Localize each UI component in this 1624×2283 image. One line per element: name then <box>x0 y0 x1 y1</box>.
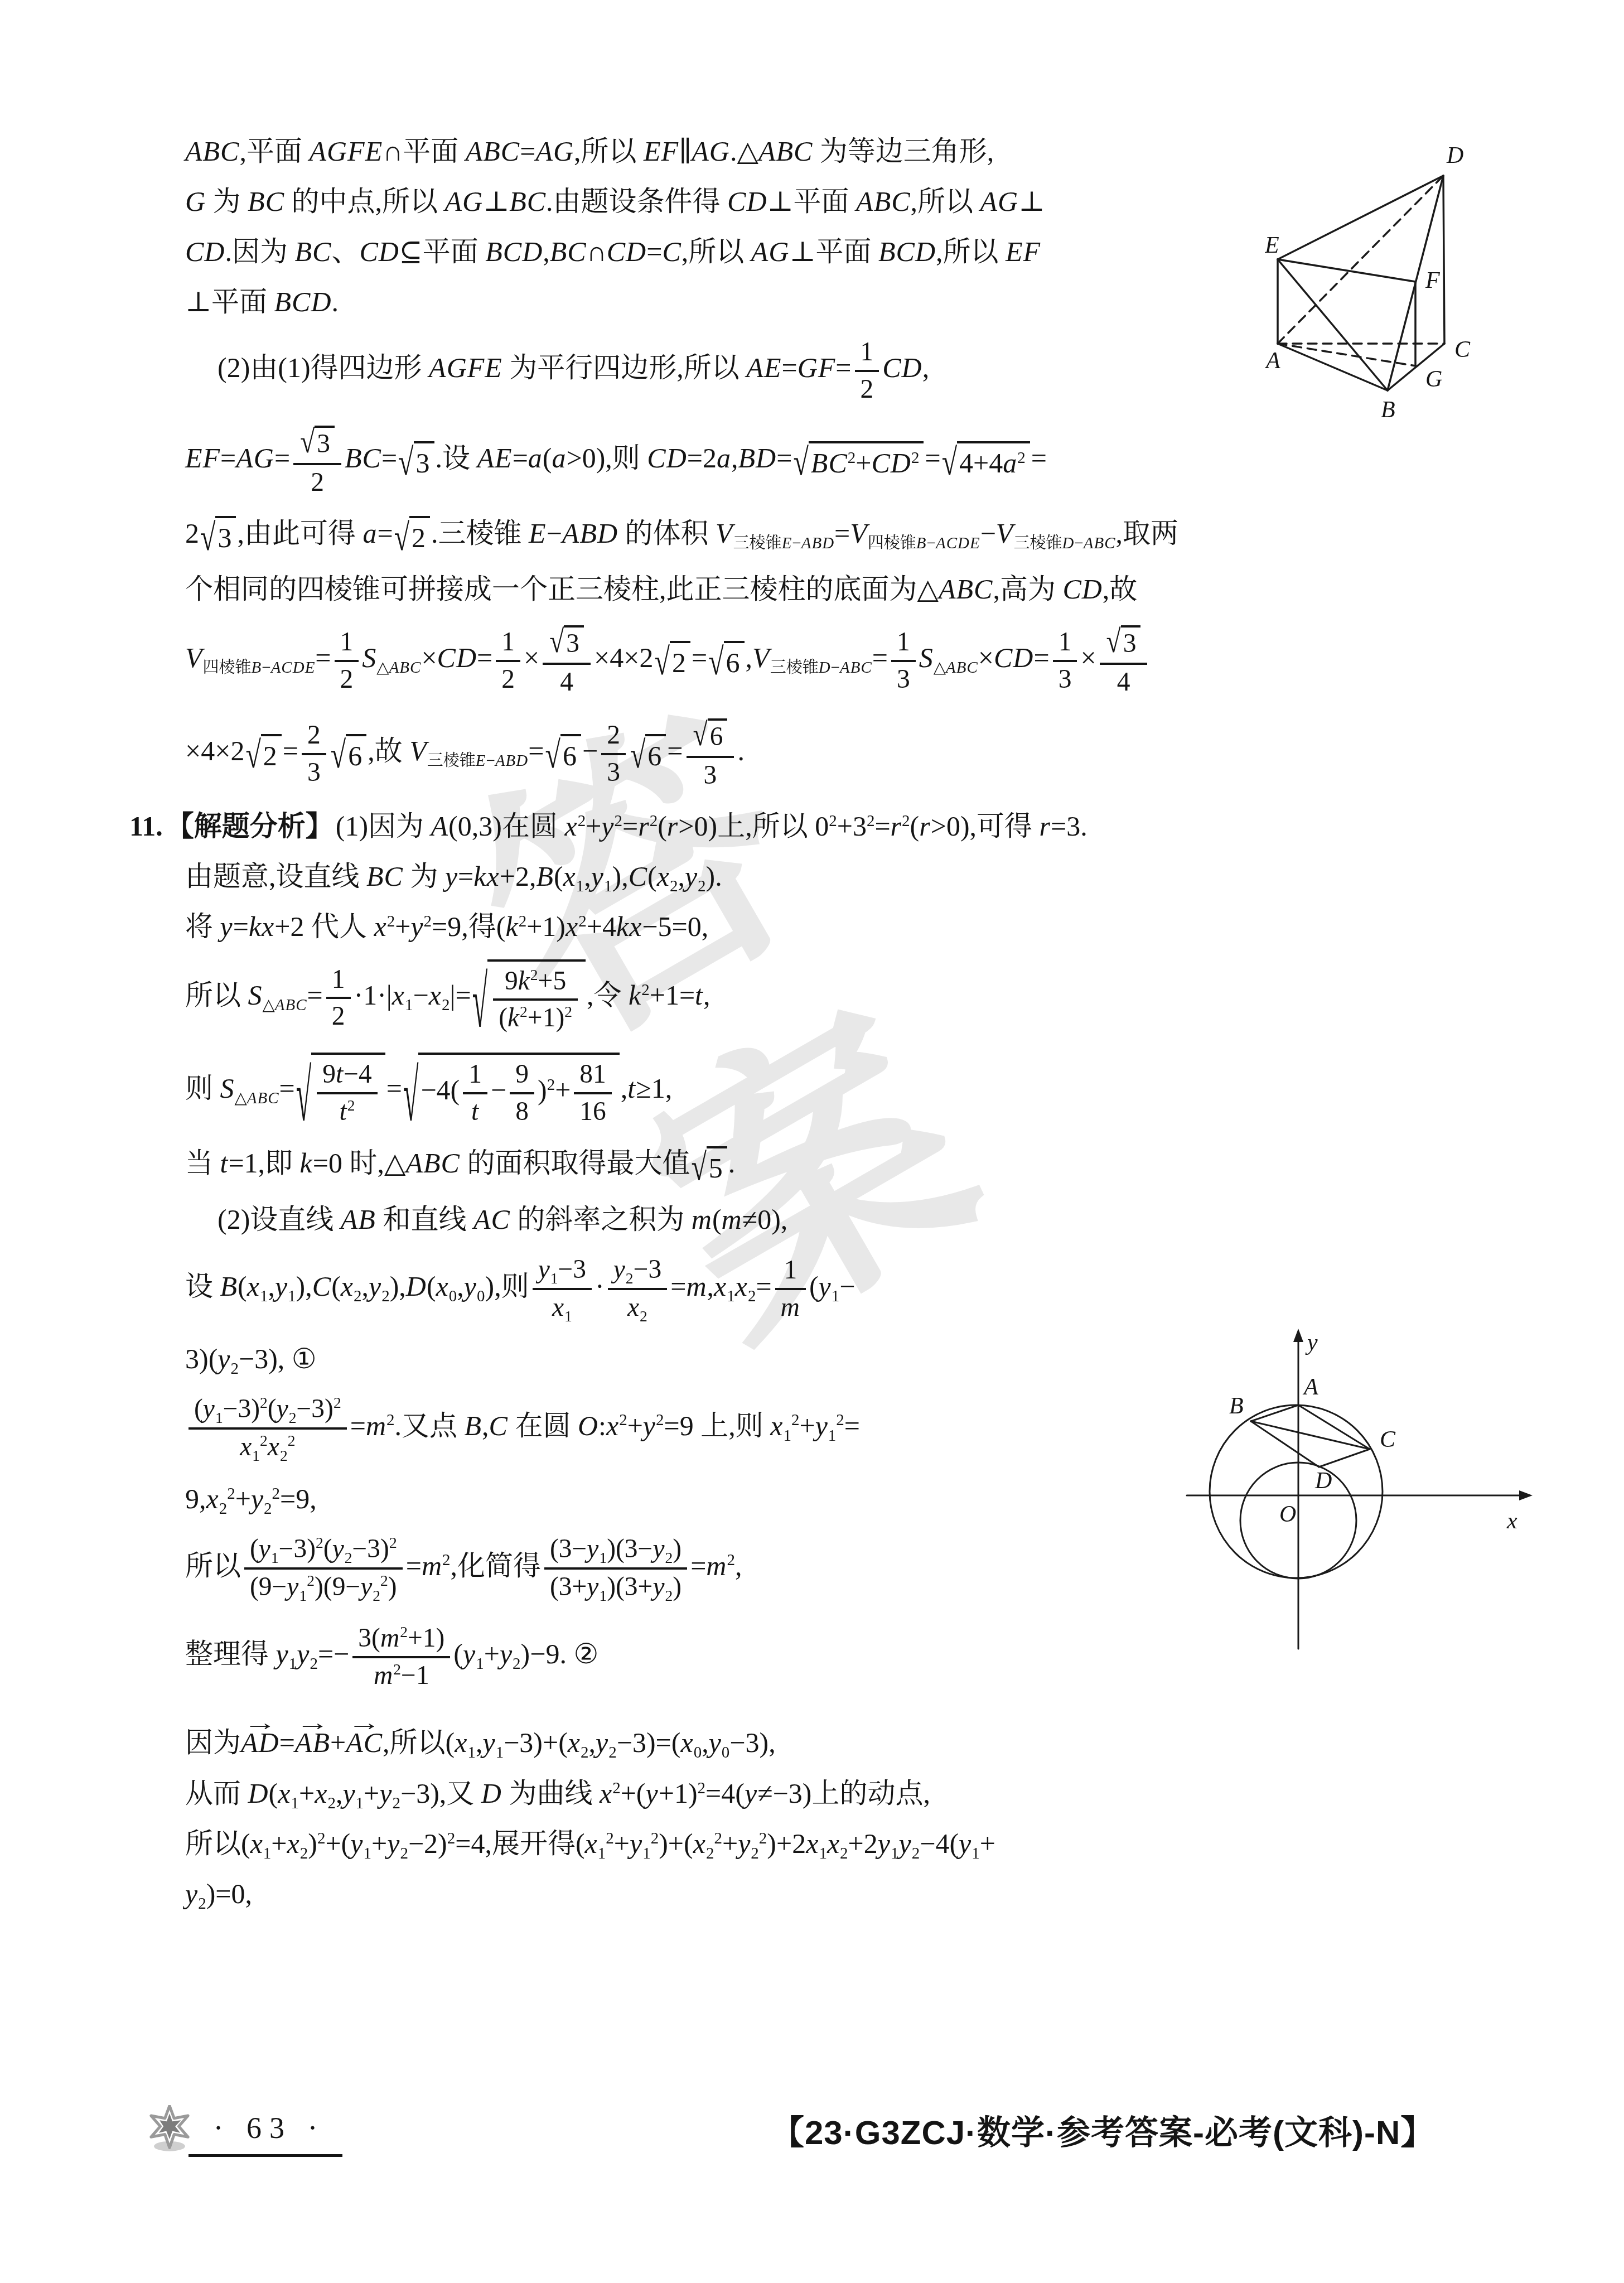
content-line: 2√3,由此可得 a=√2.三棱锥 E−ABD 的体积 V三棱锥E−ABD=V四… <box>185 515 1557 558</box>
content-line: V四棱锥B−ACDE=12S△ABC×CD=12×√34×4×2√2=√6,V三… <box>185 621 1557 701</box>
content-line: 设 B(x1,y1),C(x2,y2),D(x0,y0),则y1−3x1·y2−… <box>185 1251 1557 1327</box>
footer: · 63 · 【23·G3ZCJ·数学·参考答案-必考(文科)-N】 <box>0 2097 1624 2209</box>
content-line: 所以(y1−3)2(y2−3)2(9−y12)(9−y22)=m2,化简得(3−… <box>185 1531 1557 1606</box>
star-logo-icon <box>146 2105 193 2152</box>
solution-text: ABC,平面 AGFE∩平面 ABC=AG,所以 EF∥AG.△ABC 为等边三… <box>185 133 1557 1925</box>
content-line: G 为 BC 的中点,所以 AG⊥BC.由题设条件得 CD⊥平面 ABC,所以 … <box>185 183 1557 220</box>
content-line: (2)由(1)得四边形 AGFE 为平行四边形,所以 AE=GF=12CD, <box>185 334 1557 408</box>
content-line: 3)(y2−3), ① <box>185 1340 1557 1377</box>
page: { "document": { "watermark": "答案", "line… <box>0 0 1624 2283</box>
content-line: 所以(x1+x2)2+(y1+y2−2)2=4,展开得(x12+y12)+(x2… <box>185 1825 1557 1862</box>
content-line: EF=AG=√32BC=√3.设 AE=a(a>0),则 CD=2a,BD=√B… <box>185 421 1557 501</box>
content-line: ×4×2√2=23√6,故 V三棱锥E−ABD=√6−23√6=√63. <box>185 714 1557 794</box>
analysis-tag: 【解题分析】 <box>166 810 333 842</box>
content-line: 整理得 y1y2=−3(m2+1)m2−1(y1+y2)−9. ② <box>185 1620 1557 1694</box>
content-line: 当 t=1,即 k=0 时,△ABC 的面积取得最大值√5. <box>185 1145 1557 1188</box>
content-line: 由题意,设直线 BC 为 y=kx+2,B(x1,y1),C(x2,y2). <box>185 858 1557 895</box>
content-line: 将 y=kx+2 代人 x2+y2=9,得(k2+1)x2+4kx−5=0, <box>185 908 1557 945</box>
paper-code-label: 【23·G3ZCJ·数学·参考答案-必考(文科)-N】 <box>771 2106 1434 2154</box>
content-line: 9,x22+y22=9, <box>185 1480 1557 1517</box>
content-line: y2)=0, <box>185 1875 1557 1912</box>
content-line: 则 S△ABC=√9t−4t2=√−4(1t−98)2+8116,t≥1, <box>185 1051 1557 1131</box>
content-line: 从而 D(x1+x2,y1+y2−3),又 D 为曲线 x2+(y+1)2=4(… <box>185 1775 1557 1812</box>
content-line: 因为→AD=→AB+→AC,所以(x1,y1−3)+(x2,y2−3)=(x0,… <box>185 1707 1557 1761</box>
page-number: · 63 · <box>194 2111 345 2145</box>
content-line: 所以 S△ABC=12·1·|x1−x2|=√9k2+5(k2+1)2,令 k2… <box>185 958 1557 1038</box>
question-number: 11. <box>129 810 163 842</box>
content-line: (y1−3)2(y2−3)2x12x22=m2.又点 B,C 在圆 O:x2+y… <box>185 1391 1557 1466</box>
page-number-rule <box>188 2154 342 2157</box>
content-line: ⊥平面 BCD. <box>185 283 1557 320</box>
content-line: 个相同的四棱锥可拼接成一个正三棱柱,此正三棱柱的底面为△ABC,高为 CD,故 <box>185 571 1557 607</box>
content-line: ABC,平面 AGFE∩平面 ABC=AG,所以 EF∥AG.△ABC 为等边三… <box>185 133 1557 170</box>
content-line: (2)设直线 AB 和直线 AC 的斜率之积为 m(m≠0), <box>185 1201 1557 1238</box>
content-line: CD.因为 BC、CD⊆平面 BCD,BC∩CD=C,所以 AG⊥平面 BCD,… <box>185 233 1557 270</box>
content-line: 11.【解题分析】(1)因为 A(0,3)在圆 x2+y2=r2(r>0)上,所… <box>129 808 1557 844</box>
